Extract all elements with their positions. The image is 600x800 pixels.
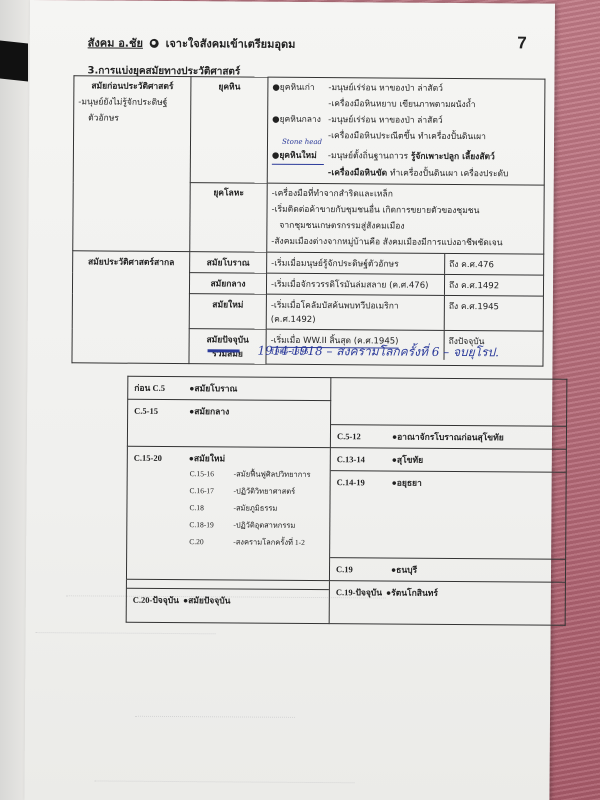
globe-icon (150, 39, 159, 48)
period-note-bold: รู้จักเพาะปลูก เลี้ยงสัตว์ (411, 152, 495, 163)
period-note: -มนุษย์เร่ร่อน หาของป่า ล่าสัตว์ (328, 115, 443, 126)
metal-note: -เครื่องมือที่ทำจากสำริดและเหล็ก (272, 186, 540, 204)
era-start: -เริ่มเมื่อมนุษย์รู้จักประดิษฐ์ตัวอักษร (267, 253, 445, 274)
period-name: ●ยุคหินใหม่ (272, 148, 324, 165)
universal-history-label: สมัยประวัติศาสตร์สากล (72, 251, 190, 364)
scribble-mark (208, 349, 240, 352)
period-name: ●ยุคหินกลาง (272, 112, 328, 128)
stone-age-details: ●ยุคหินเก่า-มนุษย์เร่ร่อน หาของป่า ล่าสั… (267, 77, 545, 185)
header-title: เจาะใจสังคมเข้าเตรียมอุดม (166, 37, 296, 51)
prehistory-label: สมัยก่อนประวัติศาสตร์ (78, 78, 186, 95)
table-row: C.15-20●สมัยใหม่ C.15-16-สมัยฟื้นฟูศิลปว… (126, 446, 566, 582)
bleed-through-text (135, 706, 295, 718)
metal-note: -เริ่มติดต่อค้าขายกับชุมชนอื่น เกิดการขย… (271, 202, 539, 220)
timeline-world-cell: C.15-20●สมัยใหม่ C.15-16-สมัยฟื้นฟูศิลปว… (126, 446, 330, 580)
prehistory-desc: ตัวอักษร (78, 110, 186, 127)
timeline-world-cell: C.5-15●สมัยกลาง (127, 399, 330, 447)
book-strap (0, 41, 28, 82)
era-start: -เริ่มเมื่อโคลัมบัสค้นพบทวีปอเมริกา (ค.ศ… (267, 295, 445, 330)
prehistory-cell: สมัยก่อนประวัติศาสตร์ -มนุษย์ยังไม่รู้จั… (73, 76, 191, 252)
era-end: ถึง ค.ศ.476 (445, 254, 544, 275)
header-brand: สังคม อ.ชัย (88, 36, 143, 49)
period-note-bold: -เครื่องมือหินขัด (328, 168, 387, 178)
handwritten-annotation: Stone head (282, 138, 322, 146)
timeline-thai-cell: C.19●ธนบุรี (330, 558, 565, 582)
timeline-thai-cell: C.14-19●อยุธยา (330, 471, 566, 560)
era-end: ถึง ค.ศ.1492 (444, 275, 543, 296)
table-row: ก่อน C.5●สมัยโบราณ C.5-12●อาณาจักรโบราณก… (128, 376, 567, 402)
period-name: ●ยุคหินเก่า (272, 80, 328, 96)
bleed-through-text (95, 770, 355, 783)
timeline-thai-cell: C.13-14●สุโขทัย (331, 448, 566, 473)
history-periods-table: สมัยก่อนประวัติศาสตร์ -มนุษย์ยังไม่รู้จั… (71, 75, 545, 366)
era-name: สมัยโบราณ (190, 252, 267, 274)
page-number: 7 (517, 33, 527, 53)
handwritten-note: 1914-1918 – สงครามโลกครั้งที่ 6 – จบยุโร… (207, 341, 499, 362)
era-name: สมัยกลาง (189, 273, 266, 295)
period-note: -มนุษย์เร่ร่อน หาของป่า ล่าสัตว์ (328, 83, 443, 94)
page-header: สังคม อ.ชัย เจาะใจสังคมเข้าเตรียมอุดม (88, 33, 528, 58)
table-row: สมัยประวัติศาสตร์สากล สมัยโบราณ -เริ่มเม… (73, 251, 544, 275)
metal-age-details: -เครื่องมือที่ทำจากสำริดและเหล็ก -เริ่มต… (267, 183, 544, 254)
table-row: สมัยก่อนประวัติศาสตร์ -มนุษย์ยังไม่รู้จั… (73, 76, 545, 185)
bleed-through-text (36, 622, 216, 634)
metal-note: จากชุมชนเกษตรกรรมสู่สังคมเมือง (271, 218, 539, 236)
metal-age-label: ยุคโลหะ (190, 183, 267, 253)
timeline-world-cell: ก่อน C.5●สมัยโบราณ (128, 376, 331, 400)
prehistory-desc: -มนุษย์ยังไม่รู้จักประดิษฐ์ (78, 94, 186, 111)
era-end: ถึง ค.ศ.1945 (444, 296, 543, 331)
period-note: ทำเครื่องปั้นดินเผา เครื่องประดับ (387, 168, 508, 179)
document-page: สังคม อ.ชัย เจาะใจสังคมเข้าเตรียมอุดม 7 … (24, 0, 555, 800)
bleed-through-text (66, 585, 386, 598)
stone-age-label: ยุคหิน (190, 77, 268, 184)
era-name: สมัยใหม่ (189, 294, 266, 330)
era-start: -เริ่มเมื่อจักรวรรดิโรมันล่มสลาย (ค.ศ.47… (267, 274, 445, 295)
period-note: -มนุษย์ตั้งถิ่นฐานถาวร (328, 151, 411, 162)
timeline-thai-cell: C.5-12●อาณาจักรโบราณก่อนสุโขทัย (331, 424, 566, 449)
metal-note: -สังคมเมืองต่างจากหมู่บ้านคือ สังคมเมือง… (271, 234, 539, 252)
period-note: -เครื่องมือหินหยาบ เขียนภาพตามผนังถ้ำ (272, 96, 540, 114)
